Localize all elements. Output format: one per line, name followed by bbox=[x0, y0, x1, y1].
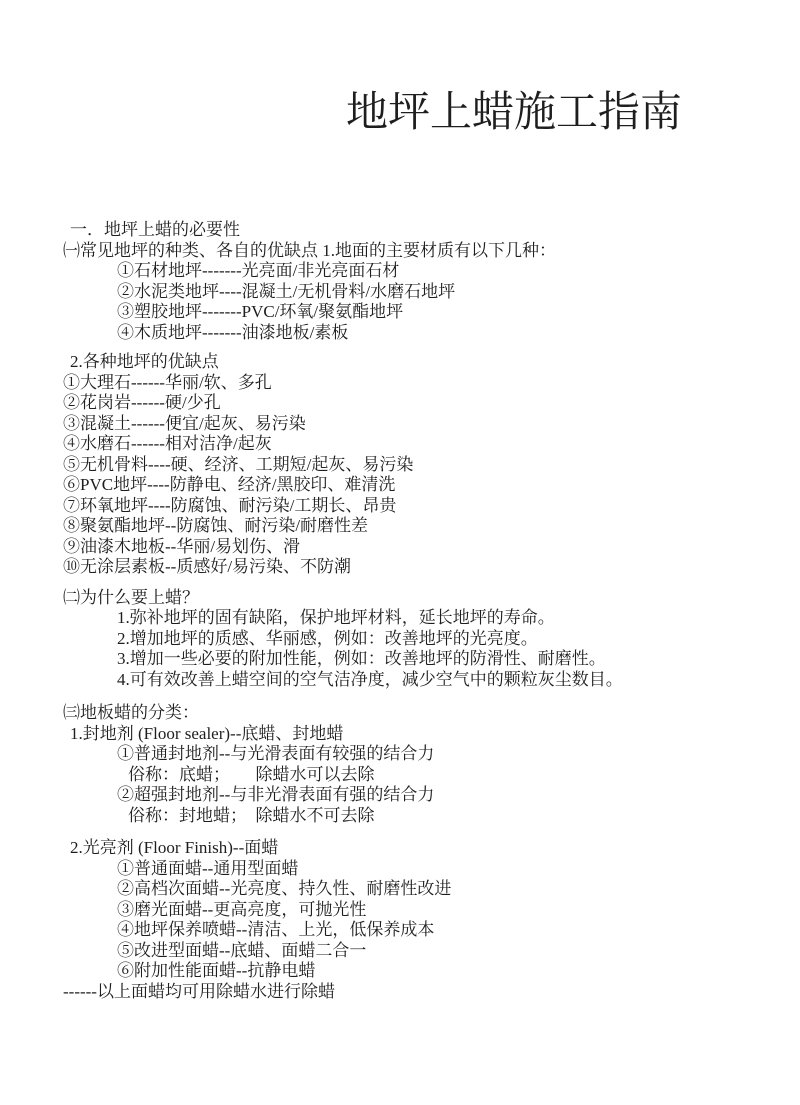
text-line: 1.封地剂 (Floor sealer)--底蜡、封地蜡 bbox=[63, 724, 800, 745]
text-line: 俗称：底蜡； 除蜡水可以去除 bbox=[63, 765, 800, 786]
text-line: ②高档次面蜡--光亮度、持久性、耐磨性改进 bbox=[63, 879, 800, 900]
text-line: ②超强封地剂--与非光滑表面有强的结合力 bbox=[63, 785, 800, 806]
text-line: 2.光亮剂 (Floor Finish)--面蜡 bbox=[63, 838, 800, 859]
text-line: ①普通面蜡--通用型面蜡 bbox=[63, 859, 800, 880]
text-line: ②水泥类地坪----混凝土/无机骨料/水磨石地坪 bbox=[63, 282, 800, 303]
text-line: ⑥附加性能面蜡--抗静电蜡 bbox=[63, 961, 800, 982]
text-line: ㈢地板蜡的分类： bbox=[63, 703, 800, 724]
text-line: ①普通封地剂--与光滑表面有较强的结合力 bbox=[63, 744, 800, 765]
text-line: 3.增加一些必要的附加性能，例如：改善地坪的防滑性、耐磨性。 bbox=[63, 649, 800, 670]
page-title: 地坪上蜡施工指南 bbox=[346, 90, 800, 136]
text-line: ㈠常见地坪的种类、各自的优缺点 1.地面的主要材质有以下几种： bbox=[63, 241, 800, 262]
text-line: ④水磨石------相对洁净/起灰 bbox=[63, 434, 800, 455]
text-line: 俗称：封地蜡； 除蜡水不可去除 bbox=[63, 806, 800, 827]
text-line: ⑤无机骨料----硬、经济、工期短/起灰、易污染 bbox=[63, 455, 800, 476]
text-line: ③塑胶地坪-------PVC/环氧/聚氨酯地坪 bbox=[63, 302, 800, 323]
text-line: ①石材地坪-------光亮面/非光亮面石材 bbox=[63, 261, 800, 282]
text-line: ⑨油漆木地板--华丽/易划伤、滑 bbox=[63, 537, 800, 558]
text-line: 2.增加地坪的质感、华丽感，例如：改善地坪的光亮度。 bbox=[63, 629, 800, 650]
paragraph-block: 2.光亮剂 (Floor Finish)--面蜡①普通面蜡--通用型面蜡②高档次… bbox=[63, 838, 800, 1002]
text-line: ③混凝土------便宜/起灰、易污染 bbox=[63, 414, 800, 435]
text-line: ②花岗岩------硬/少孔 bbox=[63, 393, 800, 414]
paragraph-block: ㈡为什么要上蜡？1.弥补地坪的固有缺陷，保护地坪材料，延长地坪的寿命。2.增加地… bbox=[63, 588, 800, 691]
document-body: 一．地坪上蜡的必要性㈠常见地坪的种类、各自的优缺点 1.地面的主要材质有以下几种… bbox=[63, 220, 800, 1002]
text-line: 2.各种地坪的优缺点 bbox=[63, 352, 800, 373]
text-line: ④地坪保养喷蜡--清洁、上光，低保养成本 bbox=[63, 920, 800, 941]
paragraph-block: ㈢地板蜡的分类：1.封地剂 (Floor sealer)--底蜡、封地蜡①普通封… bbox=[63, 703, 800, 826]
text-line: ④木质地坪-------油漆地板/素板 bbox=[63, 323, 800, 344]
paragraph-block: 2.各种地坪的优缺点①大理石------华丽/软、多孔②花岗岩------硬/少… bbox=[63, 352, 800, 578]
text-line: ㈡为什么要上蜡？ bbox=[63, 588, 800, 609]
text-line: ⑧聚氨酯地坪--防腐蚀、耐污染/耐磨性差 bbox=[63, 516, 800, 537]
text-line: 一．地坪上蜡的必要性 bbox=[63, 220, 800, 241]
text-line: ⑩无涂层素板--质感好/易污染、不防潮 bbox=[63, 557, 800, 578]
text-line: ⑦环氧地坪----防腐蚀、耐污染/工期长、昂贵 bbox=[63, 496, 800, 517]
text-line: ①大理石------华丽/软、多孔 bbox=[63, 373, 800, 394]
text-line: 4.可有效改善上蜡空间的空气洁净度，减少空气中的颗粒灰尘数目。 bbox=[63, 670, 800, 691]
text-line: ⑥PVC地坪----防静电、经济/黑胶印、难清洗 bbox=[63, 475, 800, 496]
text-line: 1.弥补地坪的固有缺陷，保护地坪材料，延长地坪的寿命。 bbox=[63, 608, 800, 629]
text-line: ⑤改进型面蜡--底蜡、面蜡二合一 bbox=[63, 941, 800, 962]
text-line: ③磨光面蜡--更高亮度，可抛光性 bbox=[63, 900, 800, 921]
document-page: 地坪上蜡施工指南 一．地坪上蜡的必要性㈠常见地坪的种类、各自的优缺点 1.地面的… bbox=[0, 0, 800, 1105]
text-line: ------以上面蜡均可用除蜡水进行除蜡 bbox=[63, 982, 800, 1003]
paragraph-block: 一．地坪上蜡的必要性㈠常见地坪的种类、各自的优缺点 1.地面的主要材质有以下几种… bbox=[63, 220, 800, 343]
